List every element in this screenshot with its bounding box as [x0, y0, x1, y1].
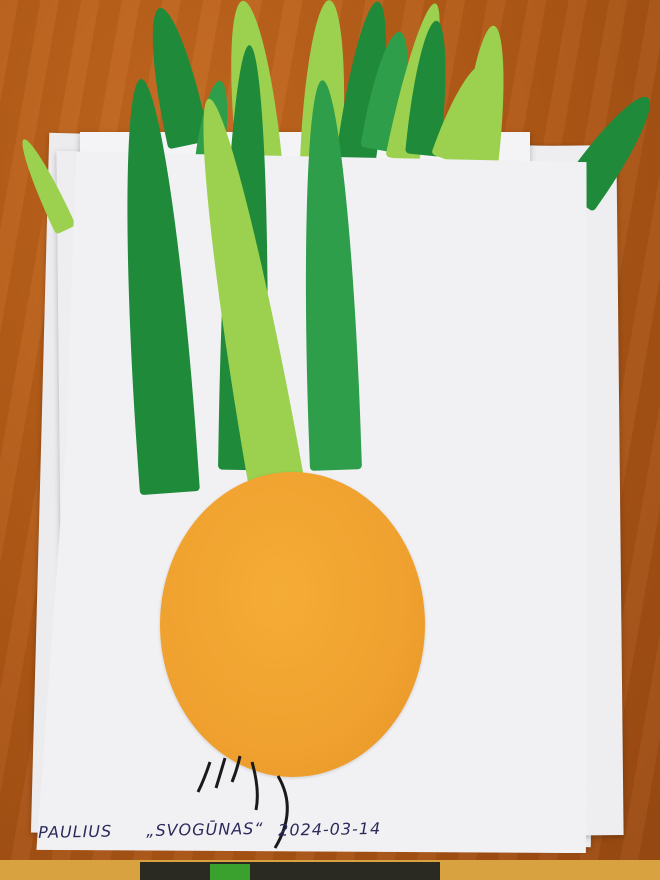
- shadow: [140, 862, 440, 880]
- green-paper-scrap: [210, 864, 250, 880]
- artwork-title: „SVOGŪNAS“: [146, 819, 264, 840]
- onion-bulb: [160, 472, 425, 777]
- author-name: PAULIUS: [38, 822, 112, 842]
- artwork-date: 2024-03-14: [278, 819, 381, 840]
